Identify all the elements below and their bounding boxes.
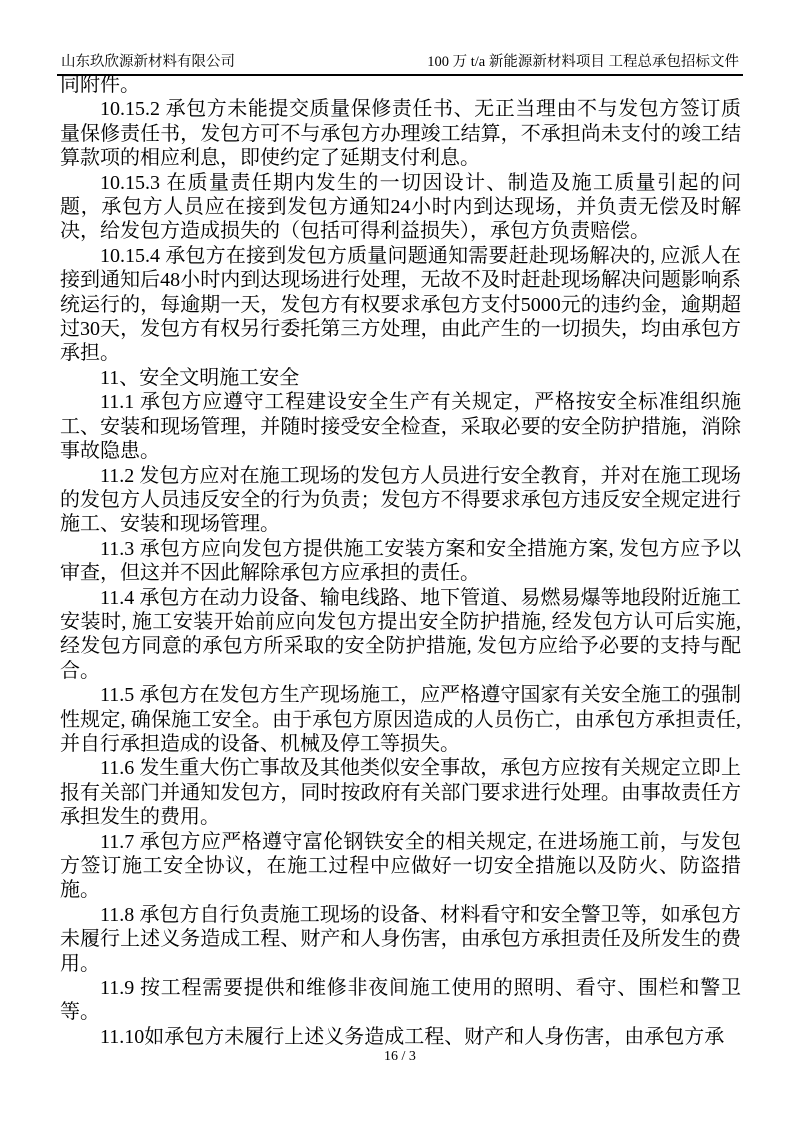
document-page: 山东玖欣源新材料有限公司 100 万 t/a 新能源新材料项目 工程总承包招标文… (0, 0, 800, 1131)
paragraph-11-2: 11.2 发包方应对在施工现场的发包方人员进行安全教育，并对在施工现场的发包方人… (60, 464, 741, 537)
paragraph-11-4: 11.4 承包方在动力设备、输电线路、地下管道、易燃易爆等地段附近施工安装时, … (60, 586, 741, 684)
paragraph-11-10: 11.10如承包方未履行上述义务造成工程、财产和人身伤害，由承包方承 (60, 1025, 741, 1049)
paragraph-11-8: 11.8 承包方自行负责施工现场的设备、材料看守和安全警卫等，如承包方未履行上述… (60, 903, 741, 976)
page-number: 16 / 3 (384, 1049, 416, 1064)
page-footer: 16 / 3 (0, 1048, 800, 1066)
paragraph-11-7: 11.7 承包方应严格遵守富伦钢铁安全的相关规定, 在进场施工前，与发包方签订施… (60, 830, 741, 903)
header-doc-title: 100 万 t/a 新能源新材料项目 工程总承包招标文件 (427, 53, 739, 71)
page-header: 山东玖欣源新材料有限公司 100 万 t/a 新能源新材料项目 工程总承包招标文… (61, 53, 739, 71)
paragraph-10-15-4: 10.15.4 承包方在接到发包方质量问题通知需要赶赴现场解决的, 应派人在接到… (60, 244, 741, 366)
document-body: 同附件。 10.15.2 承包方未能提交质量保修责任书、无正当理由不与发包方签订… (60, 73, 741, 1049)
paragraph-11-5: 11.5 承包方在发包方生产现场施工，应严格遵守国家有关安全施工的强制性规定, … (60, 683, 741, 756)
paragraph-11-6: 11.6 发生重大伤亡事故及其他类似安全事故，承包方应按有关规定立即上报有关部门… (60, 756, 741, 829)
paragraph-11-3: 11.3 承包方应向发包方提供施工安装方案和安全措施方案, 发包方应予以审查，但… (60, 537, 741, 586)
paragraph-10-15-3: 10.15.3 在质量责任期内发生的一切因设计、制造及施工质量引起的问题，承包方… (60, 171, 741, 244)
paragraph-11-1: 11.1 承包方应遵守工程建设安全生产有关规定，严格按安全标准组织施工、安装和现… (60, 390, 741, 463)
paragraph-continuation: 同附件。 (60, 73, 741, 97)
section-heading-11: 11、安全文明施工安全 (60, 366, 741, 390)
paragraph-11-9: 11.9 按工程需要提供和维修非夜间施工使用的照明、看守、围栏和警卫等。 (60, 976, 741, 1025)
header-company-name: 山东玖欣源新材料有限公司 (61, 53, 235, 71)
paragraph-10-15-2: 10.15.2 承包方未能提交质量保修责任书、无正当理由不与发包方签订质量保修责… (60, 97, 741, 170)
